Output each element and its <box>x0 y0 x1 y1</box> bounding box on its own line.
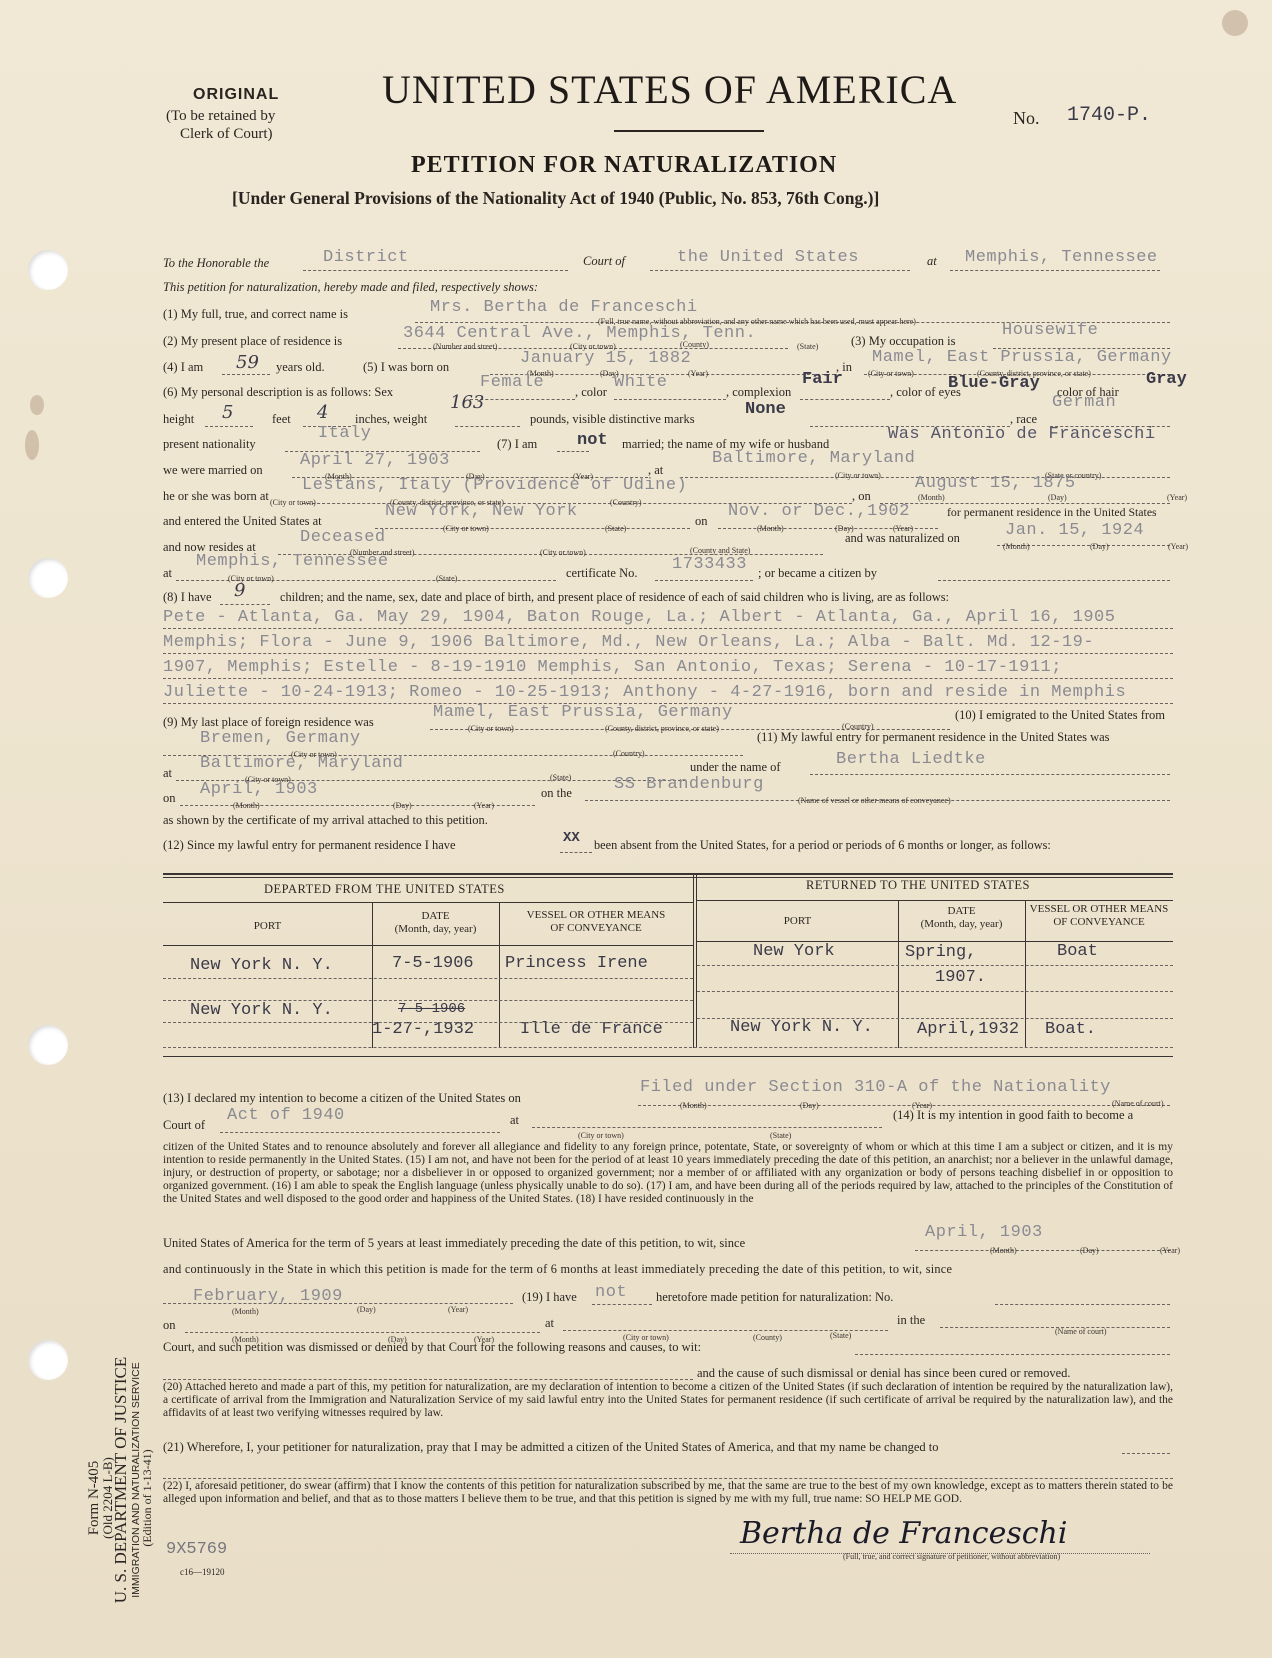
q9-label: (9) My last place of foreign residence w… <box>163 715 374 730</box>
sublabel: (Number and street) <box>433 342 497 351</box>
col-date-returned-sub: (Month, day, year) <box>898 918 1025 930</box>
sublabel: (City or town) <box>578 1131 624 1140</box>
col-date-returned: DATE <box>898 905 1025 917</box>
sublabel: (Month) <box>233 801 260 810</box>
q19-label: (19) I have <box>522 1290 577 1305</box>
sublabel: (Day) <box>1080 1246 1099 1255</box>
q5-label: (5) I was born on <box>363 360 449 375</box>
col-vessel-departed: VESSEL OR OTHER MEANS <box>499 909 693 921</box>
print-code: c16—19120 <box>180 1567 225 1577</box>
feet-label: feet <box>272 412 291 427</box>
nationality-label: present nationality <box>163 437 256 452</box>
vessel-field[interactable]: SS Brandenburg <box>614 775 764 794</box>
spouse-birthdate-field[interactable]: August 15, 1875 <box>915 474 1076 493</box>
height-inches-field[interactable]: 4 <box>317 402 328 423</box>
full-name-field[interactable]: Mrs. Bertha de Franceschi <box>430 298 698 317</box>
punch-hole <box>28 1340 68 1380</box>
retained-note-2: Clerk of Court) <box>180 126 272 143</box>
q8-label: (8) I have <box>163 590 212 605</box>
sublabel: (Day) <box>357 1305 376 1314</box>
certificate-field[interactable]: 1733433 <box>672 555 747 574</box>
entry-place-field[interactable]: New York, New York <box>385 502 578 521</box>
sublabel: (Month) <box>757 524 784 533</box>
hair-field[interactable]: Gray <box>1146 370 1187 389</box>
children-count-field[interactable]: 9 <box>234 580 245 601</box>
punch-hole <box>28 1025 68 1065</box>
q6-label: (6) My personal description is as follow… <box>163 385 393 400</box>
department-label: U. S. DEPARTMENT OF JUSTICE <box>111 1335 131 1625</box>
entered-on-label: on <box>695 514 708 529</box>
sublabel: (County, district, province, or state) <box>605 724 719 733</box>
color-field[interactable]: White <box>614 373 668 392</box>
stain-mark <box>1222 10 1248 36</box>
complexion-label: , complexion <box>726 385 791 400</box>
absence-field[interactable]: XX <box>563 830 580 846</box>
entry-name-field[interactable]: Bertha Liedtke <box>836 750 986 769</box>
q10-label: (10) I emigrated to the United States fr… <box>955 708 1165 723</box>
title-divider <box>614 130 764 132</box>
eyes-field[interactable]: Blue-Gray <box>948 374 1040 393</box>
q3-label: (3) My occupation is <box>851 334 956 349</box>
court-of-label: Court of <box>583 254 625 269</box>
punch-hole <box>28 558 68 598</box>
sublabel: (Country) <box>613 749 645 758</box>
petitioner-signature: Bertha de Franceschi <box>740 1516 1067 1551</box>
height-label: height <box>163 412 194 427</box>
age-suffix: years old. <box>276 360 325 375</box>
emigrated-from-field[interactable]: Bremen, Germany <box>200 729 361 748</box>
resided-label: United States of America for the term of… <box>163 1236 745 1251</box>
in-the-label: in the <box>897 1313 925 1328</box>
sublabel: (Year) <box>474 801 494 810</box>
paragraph-14-18: citizen of the United States and to reno… <box>163 1141 1173 1206</box>
sublabel: (Day) <box>800 1101 819 1110</box>
paragraph-20: (20) Attached hereto and made a part of … <box>163 1381 1173 1420</box>
dep-port-cell: New York N. Y. <box>190 1001 333 1020</box>
dep-date-struck-cell: 7-5-1906 <box>398 1001 465 1017</box>
ret-port-cell: New York <box>753 942 835 961</box>
petition-number: 1740-P. <box>1067 104 1151 127</box>
occupation-field[interactable]: Housewife <box>1002 321 1098 340</box>
court-type-field[interactable]: District <box>323 248 409 267</box>
sublabel: (Day) <box>1090 542 1109 551</box>
children-line-4[interactable]: Juliette - 10-24-1913; Romeo - 10-25-191… <box>163 683 1126 702</box>
spouse-birthplace-field[interactable]: Lestans, Italy (Providence of Udine) <box>302 476 687 495</box>
q12-label: (12) Since my lawful entry for permanent… <box>163 838 456 853</box>
nationality-field[interactable]: Italy <box>318 424 372 443</box>
stain-mark <box>25 430 39 460</box>
ret-date-cell: Spring, <box>905 943 976 962</box>
sex-field[interactable]: Female <box>480 373 544 392</box>
spouse-residence-field[interactable]: Deceased <box>300 528 386 547</box>
ret-date-cell-2: 1907. <box>935 968 986 987</box>
birth-place-field[interactable]: Mamel, East Prussia, Germany <box>872 348 1172 367</box>
col-vessel-returned: VESSEL OR OTHER MEANS <box>1025 903 1173 915</box>
ret-vessel-cell: Boat. <box>1045 1020 1096 1039</box>
cured-label: and the cause of such dismissal or denia… <box>697 1366 1071 1381</box>
q12-suffix: been absent from the United States, for … <box>594 838 1051 853</box>
entered-suffix: for permanent residence in the United St… <box>947 505 1157 520</box>
sublabel: (City or town) <box>868 369 914 378</box>
q14-label: (14) It is my intention in good faith to… <box>893 1108 1133 1123</box>
spouse-field[interactable]: Was Antonio de Franceschi <box>888 425 1156 444</box>
sublabel: (Name of court) <box>1055 1327 1107 1336</box>
sublabel: (City or town) <box>468 724 514 733</box>
sublabel: (Year) <box>448 1305 468 1314</box>
sublabel: (County and State) <box>690 546 750 555</box>
on-label-19: on <box>163 1318 176 1333</box>
state-since-field[interactable]: February, 1909 <box>193 1287 343 1306</box>
sublabel: (Name of court) <box>1112 1099 1164 1108</box>
sublabel: (Day) <box>1048 493 1067 502</box>
col-port-returned: PORT <box>697 915 898 927</box>
dep-date-cell: 7-5-1906 <box>392 954 474 973</box>
ret-port-cell: New York N. Y. <box>730 1018 873 1037</box>
sublabel: (Month) <box>918 493 945 502</box>
sublabel: (Name of vessel or other means of convey… <box>798 796 951 805</box>
q8-suffix: children; and the name, sex, date and pl… <box>280 590 949 605</box>
sublabel: (City or town) <box>443 524 489 533</box>
sublabel: (Month) <box>680 1101 707 1110</box>
dep-vessel-cell: Princess Irene <box>505 954 648 973</box>
sublabel: (City or town) <box>270 498 316 507</box>
punch-hole <box>28 250 68 290</box>
sublabel: (Year) <box>1168 542 1188 551</box>
at-label-13: at <box>510 1113 519 1128</box>
col-vessel-departed-sub: OF CONVEYANCE <box>499 922 693 934</box>
retained-note: (To be retained by <box>166 108 275 125</box>
country-title: UNITED STATES OF AMERICA <box>382 66 957 113</box>
ret-date-cell: April,1932 <box>917 1020 1019 1039</box>
court-of-label-13: Court of <box>163 1118 205 1133</box>
entry-on-label: on <box>163 791 176 806</box>
departed-title: DEPARTED FROM THE UNITED STATES <box>264 882 505 897</box>
entry-name-label: under the name of <box>690 760 781 775</box>
complexion-field[interactable]: Fair <box>802 370 843 389</box>
state-residence-label: and continuously in the State in which t… <box>163 1262 952 1277</box>
entry-date-field-2[interactable]: April, 1903 <box>200 780 318 799</box>
entered-label: and entered the United States at <box>163 514 322 529</box>
children-line-3[interactable]: 1907, Memphis; Estelle - 8-19-1910 Memph… <box>163 658 1062 677</box>
edition-label: (Edition of 1-13-41) <box>140 1418 155 1578</box>
sublabel: (State) <box>797 342 818 351</box>
sublabel: (State) <box>436 574 457 583</box>
sublabel: (Day) <box>393 801 412 810</box>
birth-date-field[interactable]: January 15, 1882 <box>520 349 691 368</box>
children-line-2[interactable]: Memphis; Flora - June 9, 1906 Baltimore,… <box>163 633 1094 652</box>
lawful-entry-place-field[interactable]: Baltimore, Maryland <box>200 754 403 773</box>
resided-since-field[interactable]: April, 1903 <box>925 1223 1043 1242</box>
pounds-label: pounds, visible distinctive marks <box>530 412 695 427</box>
dep-port-cell: New York N. Y. <box>190 956 333 975</box>
sublabel: (Year) <box>1167 493 1187 502</box>
height-feet-field[interactable]: 5 <box>222 402 233 423</box>
marriage-date-field[interactable]: April 27, 1903 <box>300 451 450 470</box>
q19-suffix: heretofore made petition for naturalizat… <box>656 1290 893 1305</box>
form-title: PETITION FOR NATURALIZATION <box>411 152 837 179</box>
col-port-departed: PORT <box>163 920 372 932</box>
shows-label: This petition for naturalization, hereby… <box>163 280 538 295</box>
naturalized-date-field[interactable]: Jan. 15, 1924 <box>1005 521 1144 540</box>
paragraph-22: (22) I, aforesaid petitioner, do swear (… <box>163 1480 1173 1506</box>
court-location-field[interactable]: Memphis, Tennessee <box>965 248 1158 267</box>
entry-at-label: at <box>163 766 172 781</box>
last-residence-field[interactable]: Mamel, East Prussia, Germany <box>433 703 733 722</box>
court-of-field[interactable]: the United States <box>677 248 859 267</box>
q4-label: (4) I am <box>163 360 203 375</box>
sublabel: (Month) <box>990 1246 1017 1255</box>
sublabel: (Year) <box>688 369 708 378</box>
declaration-court-field[interactable]: Act of 1940 <box>227 1106 345 1125</box>
number-label: No. <box>1013 108 1040 129</box>
certificate-label: certificate No. <box>566 566 637 581</box>
q2-label: (2) My present place of residence is <box>163 334 342 349</box>
at-label: at <box>927 254 937 269</box>
col-vessel-returned-sub: OF CONVEYANCE <box>1025 916 1173 928</box>
marks-field[interactable]: None <box>745 400 786 419</box>
nat-place-field[interactable]: Memphis, Tennessee <box>196 552 389 571</box>
sublabel: (Month) <box>232 1307 259 1316</box>
vessel-label: on the <box>541 786 572 801</box>
married-status-field[interactable]: not <box>577 431 608 450</box>
returned-title: RETURNED TO THE UNITED STATES <box>806 878 1030 893</box>
q7-label: (7) I am <box>497 437 537 452</box>
weight-field[interactable]: 163 <box>450 392 484 413</box>
stain-mark <box>30 395 44 415</box>
nat-at-label: at <box>163 566 172 581</box>
spouse-born-label: he or she was born at <box>163 489 269 504</box>
ret-vessel-cell: Boat <box>1057 942 1098 961</box>
sublabel: (State) <box>550 773 571 782</box>
sublabel: (Year) <box>1160 1246 1180 1255</box>
marriage-place-field[interactable]: Baltimore, Maryland <box>712 449 915 468</box>
sublabel: (City or town) <box>835 471 881 480</box>
original-label: ORIGINAL <box>193 86 279 104</box>
col-date-departed-sub: (Month, day, year) <box>372 923 499 935</box>
naturalized-label: and was naturalized on <box>845 531 960 546</box>
col-date-departed: DATE <box>372 910 499 922</box>
color-label: , color <box>575 385 607 400</box>
sublabel: (State) <box>605 524 626 533</box>
honorable-label: To the Honorable the <box>163 256 269 271</box>
sublabel: (City or town) <box>540 548 586 557</box>
entry-date-field[interactable]: Nov. or Dec.,1902 <box>728 502 910 521</box>
q11-label: (11) My lawful entry for permanent resid… <box>757 730 1110 745</box>
paragraph-21: (21) Wherefore, I, your petitioner for n… <box>163 1440 939 1455</box>
declaration-field[interactable]: Filed under Section 310-A of the Nationa… <box>640 1078 1111 1097</box>
sublabel: (Month) <box>1003 542 1030 551</box>
sublabel: (County) <box>753 1333 782 1342</box>
age-field[interactable]: 59 <box>236 352 259 373</box>
at-label-19: at <box>545 1316 554 1331</box>
race-field[interactable]: German <box>1052 393 1116 412</box>
sublabel: (State) <box>830 1331 851 1340</box>
prior-petition-field[interactable]: not <box>595 1283 627 1302</box>
dismissed-label: Court, and such petition was dismissed o… <box>163 1340 701 1355</box>
married-on-label: we were married on <box>163 463 263 478</box>
q13-label: (13) I declared my intention to become a… <box>163 1091 521 1106</box>
document-page: ORIGINAL (To be retained by Clerk of Cou… <box>0 0 1272 1658</box>
signature-note: (Full, true, and correct signature of pe… <box>843 1552 1060 1561</box>
provisions-subtitle: [Under General Provisions of the Nationa… <box>232 188 879 209</box>
children-line-1[interactable]: Pete - Atlanta, Ga. May 29, 1904, Baton … <box>163 608 1115 627</box>
stamp-number: 9X5769 <box>166 1540 227 1559</box>
sublabel: (Country) <box>610 498 642 507</box>
sublabel: (County) <box>680 340 709 349</box>
citizen-by-label: ; or became a citizen by <box>758 566 877 581</box>
sublabel: (State) <box>770 1131 791 1140</box>
q1-label: (1) My full, true, and correct name is <box>163 307 348 322</box>
arrival-cert-text: as shown by the certificate of my arriva… <box>163 813 488 828</box>
